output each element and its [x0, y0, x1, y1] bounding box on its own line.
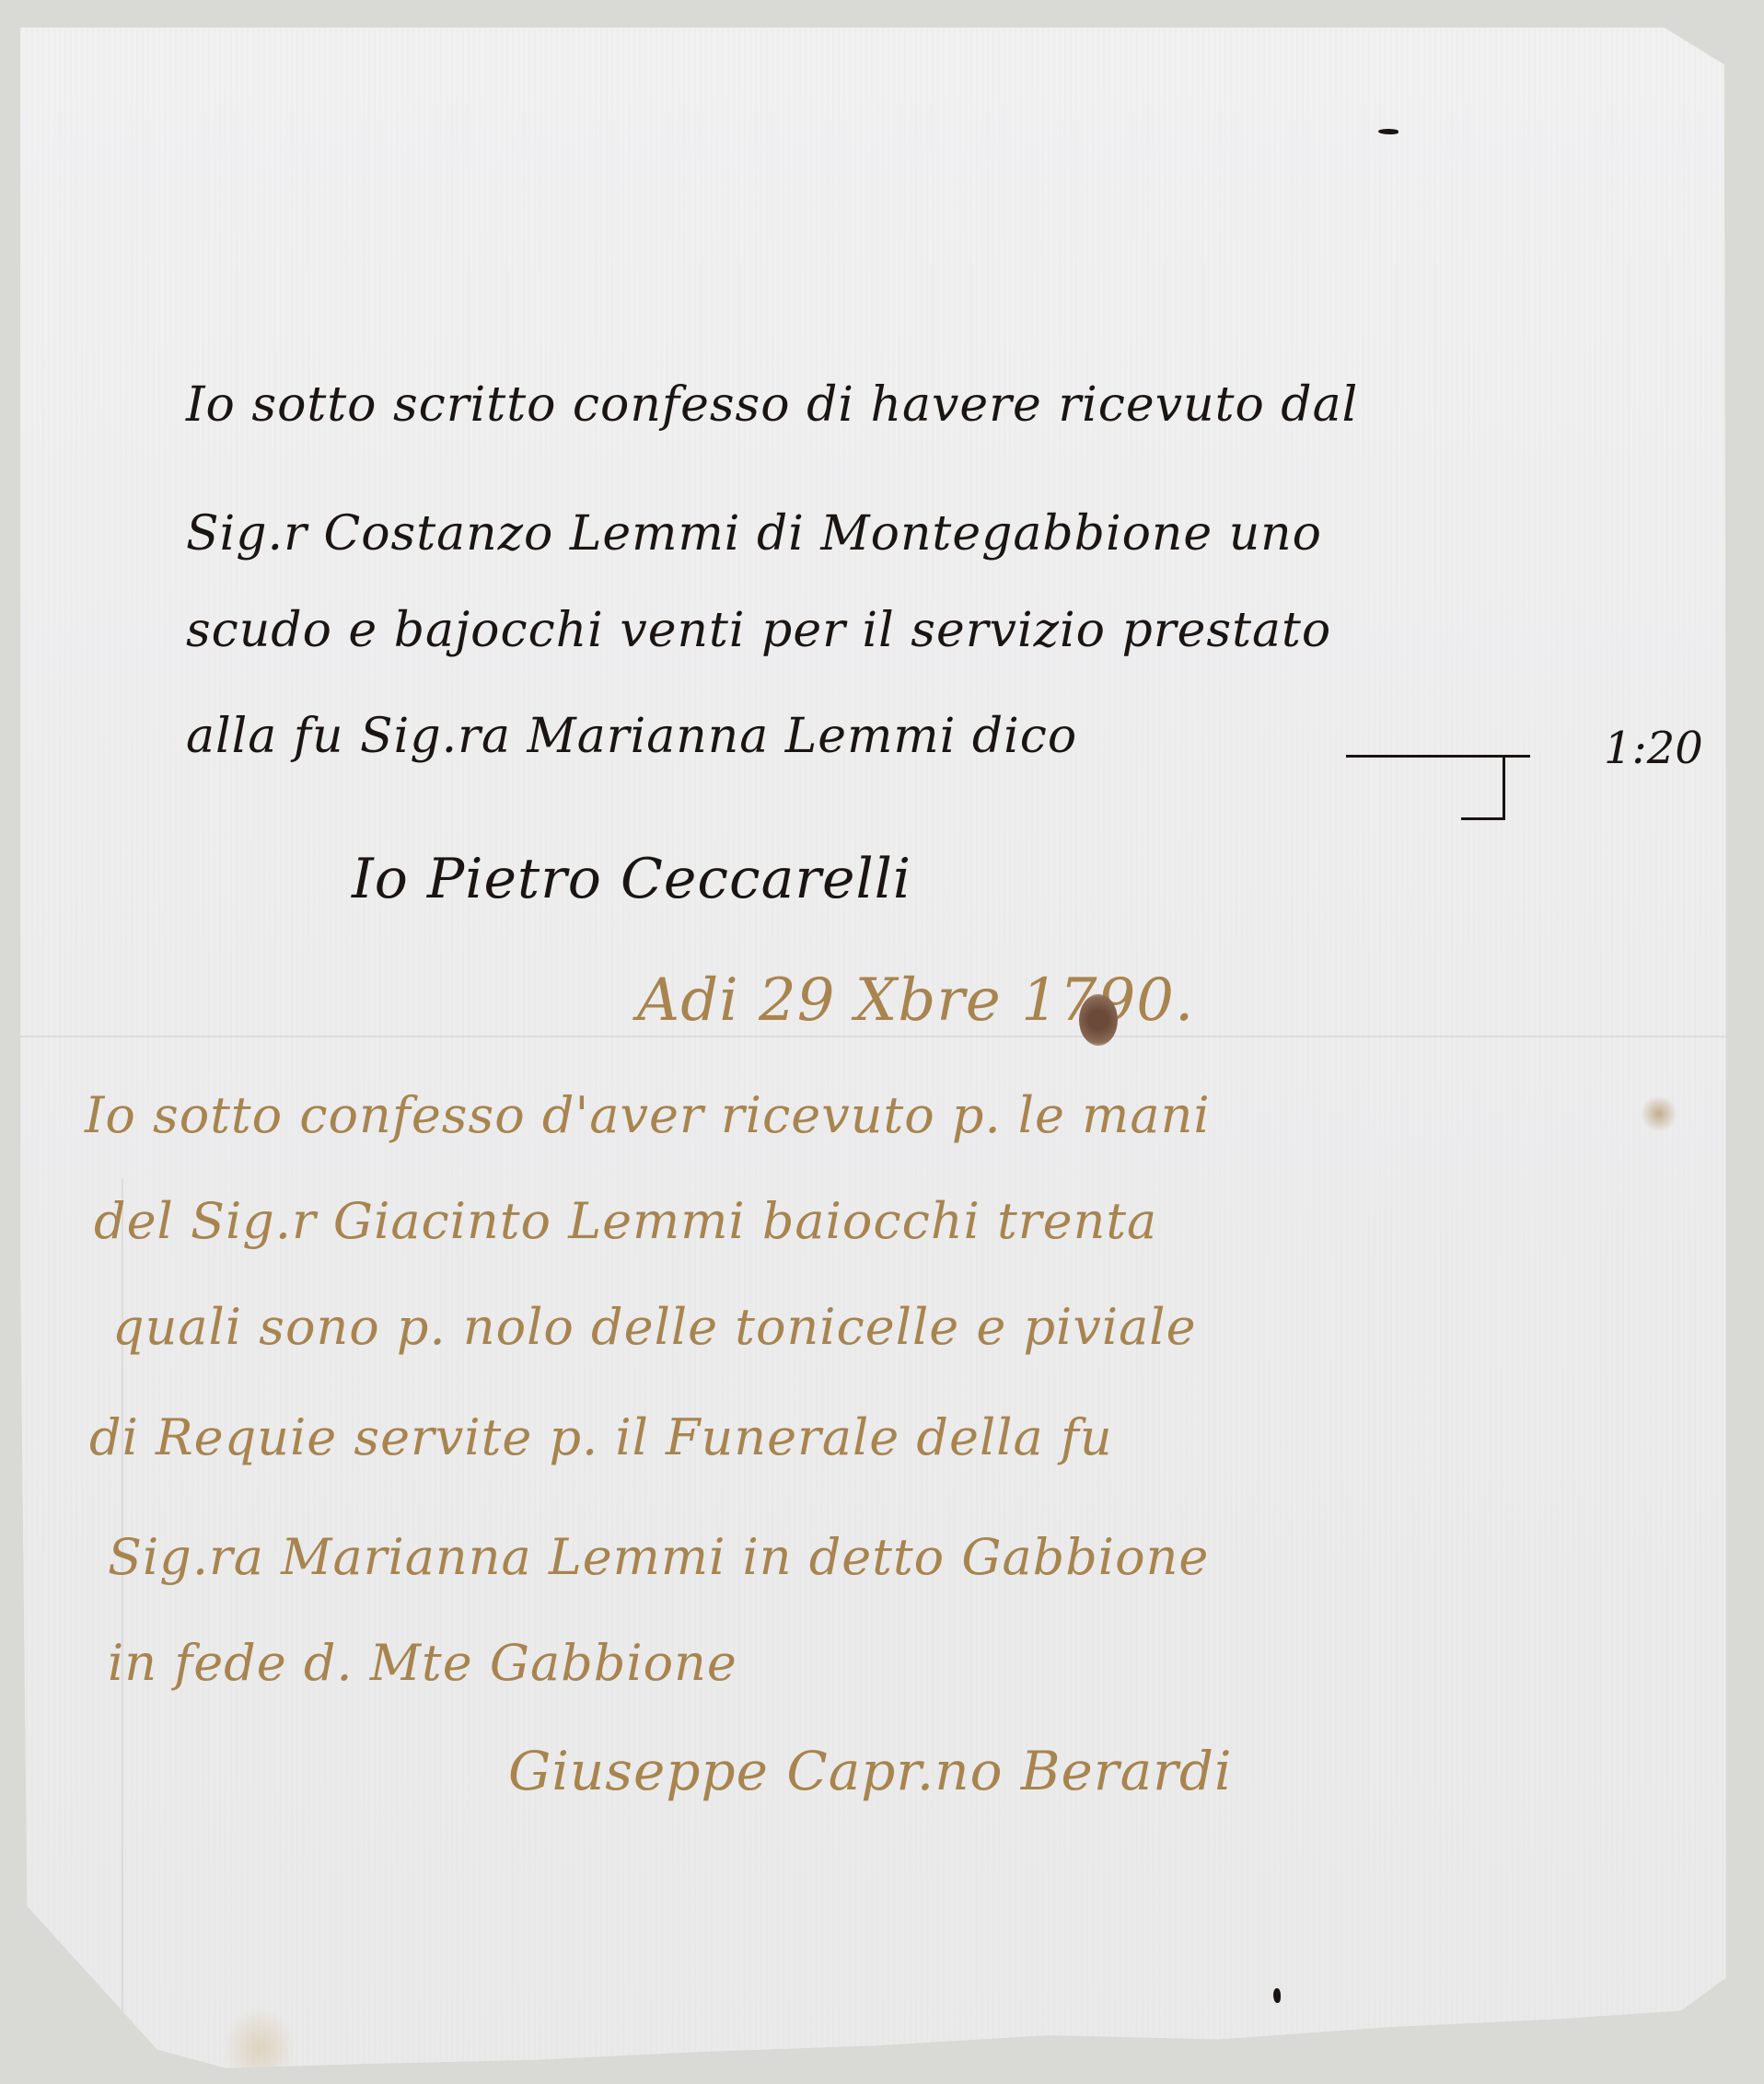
- ink-blot: [1079, 994, 1118, 1046]
- ink-speck-bottom: [1273, 1988, 1281, 2003]
- second-receipt-line-6: in fede d. Mte Gabbione: [108, 1634, 737, 1692]
- ink-speck-top: [1378, 129, 1398, 134]
- amount-bracket-vertical: [1503, 755, 1505, 819]
- second-receipt-line-3: quali sono p. nolo delle tonicelle e piv…: [112, 1298, 1197, 1356]
- paper-sheet: Io sotto scritto confesso di havere rice…: [20, 28, 1733, 2080]
- ink-drop: [1641, 1095, 1677, 1132]
- fold-line-horizontal: [20, 1036, 1733, 1037]
- second-receipt-line-4: di Requie servite p. il Funerale della f…: [89, 1408, 1113, 1466]
- amount-bracket-foot: [1461, 817, 1505, 820]
- first-signature: Io Pietro Ceccarelli: [352, 847, 911, 911]
- receipt-line-4: alla fu Sig.ra Marianna Lemmi dico: [186, 709, 1077, 764]
- second-receipt-line-5: Sig.ra Marianna Lemmi in detto Gabbione: [108, 1528, 1209, 1586]
- receipt-line-2: Sig.r Costanzo Lemmi di Montegabbione un…: [186, 506, 1322, 562]
- second-receipt-line-2: del Sig.r Giacinto Lemmi baiocchi trenta: [94, 1192, 1157, 1250]
- receipt-line-3: scudo e bajocchi venti per il servizio p…: [186, 603, 1331, 658]
- paper-stain: [223, 2007, 296, 2084]
- receipt-amount: 1:20: [1604, 723, 1703, 774]
- second-signature: Giuseppe Capr.no Berardi: [508, 1740, 1233, 1802]
- second-receipt-line-1: Io sotto confesso d'aver ricevuto p. le …: [85, 1086, 1211, 1144]
- receipt-line-1: Io sotto scritto confesso di havere rice…: [186, 377, 1358, 433]
